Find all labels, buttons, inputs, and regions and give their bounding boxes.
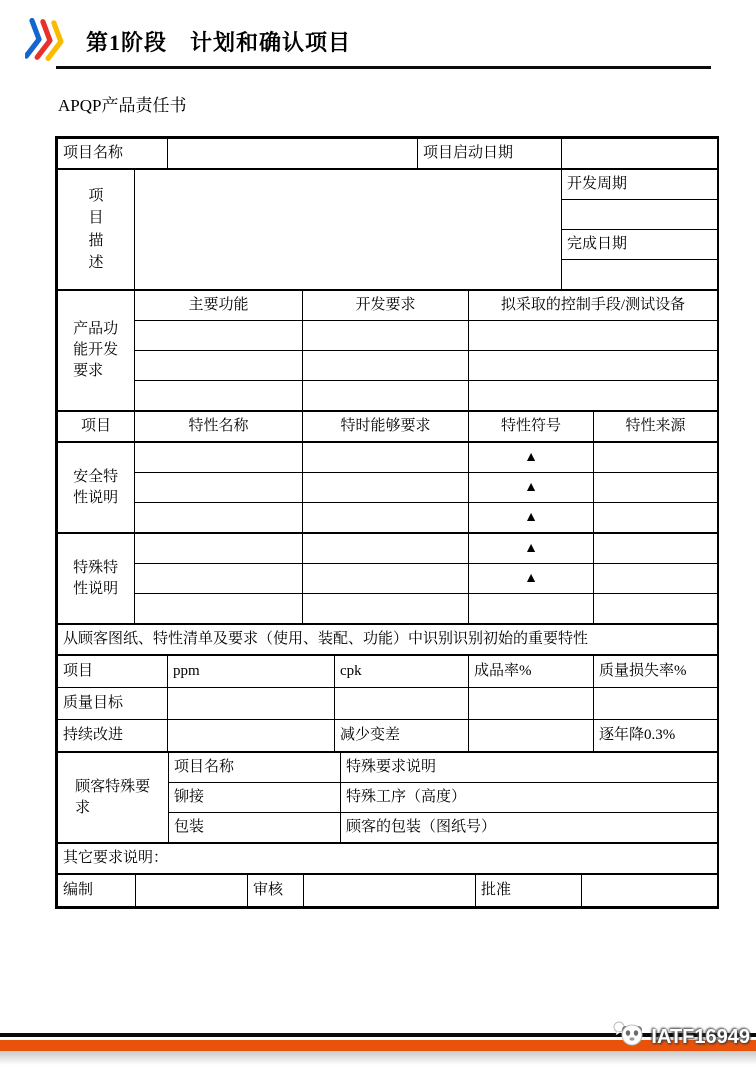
finish-date-value-cell <box>562 260 718 290</box>
quality-loss-header: 质量损失率% <box>594 656 718 688</box>
char-source-cell <box>594 443 718 473</box>
char-symbol-triangle: ▲ <box>469 443 594 473</box>
special-characteristics-section: 特殊特性说明 ▲ ▲ <box>57 533 718 624</box>
char-source-cell <box>594 564 718 594</box>
reviewed-by-value-cell <box>304 875 476 907</box>
dev-requirement-header: 开发要求 <box>303 291 469 321</box>
finish-date-label: 完成日期 <box>562 230 718 260</box>
yield-target-cell <box>469 688 594 720</box>
customer-row-desc: 顾客的包装（图纸号） <box>341 813 718 843</box>
char-requirement-cell <box>303 534 469 564</box>
product-function-label: 产品功能开发要求 <box>58 291 135 411</box>
char-name-cell <box>135 594 303 624</box>
main-function-header: 主要功能 <box>135 291 303 321</box>
project-description-section: 项目描述 开发周期 完成日期 <box>57 169 718 290</box>
quality-target-label: 质量目标 <box>58 688 168 720</box>
char-name-cell <box>135 534 303 564</box>
control-means-cell <box>469 351 718 381</box>
prepared-by-value-cell <box>136 875 248 907</box>
char-symbol-header: 特性符号 <box>469 412 594 442</box>
project-start-date-value-cell <box>562 139 718 169</box>
control-means-header: 拟采取的控制手段/测试设备 <box>469 291 718 321</box>
approved-by-value-cell <box>582 875 718 907</box>
project-name-value-cell <box>168 139 418 169</box>
customer-special-requirements-section: 顾客特殊要求 项目名称 特殊要求说明 铆接 特殊工序（高度） 包装 顾客的包装（… <box>57 752 718 843</box>
customer-row-name: 铆接 <box>169 783 341 813</box>
approval-section: 编制 审核 批准 <box>57 874 718 907</box>
loss-target-cell <box>594 688 718 720</box>
cpk-improve-cell: 减少变差 <box>335 720 469 752</box>
yield-improve-cell <box>469 720 594 752</box>
char-symbol-triangle: ▲ <box>469 503 594 533</box>
project-name-label: 项目名称 <box>58 139 168 169</box>
char-symbol-triangle: ▲ <box>469 564 594 594</box>
customer-row-name: 包装 <box>169 813 341 843</box>
safety-characteristics-section: 安全特性说明 ▲ ▲ ▲ <box>57 442 718 533</box>
cpk-header: cpk <box>335 656 469 688</box>
prepared-by-label: 编制 <box>58 875 136 907</box>
char-source-cell <box>594 534 718 564</box>
main-function-cell <box>135 321 303 351</box>
cpk-target-cell <box>335 688 469 720</box>
project-description-value-cell <box>135 170 562 290</box>
document-subtitle: APQP产品责任书 <box>58 91 186 116</box>
char-requirement-cell <box>303 594 469 624</box>
dev-requirement-cell <box>303 351 469 381</box>
page-title: 第1阶段 计划和确认项目 <box>86 26 351 57</box>
other-requirements-label: 其它要求说明： <box>58 844 718 874</box>
ppm-target-cell <box>168 688 335 720</box>
dev-cycle-label: 开发周期 <box>562 170 718 200</box>
char-symbol-triangle: ▲ <box>469 473 594 503</box>
identification-note-text: 从顾客图纸、特性清单及要求（使用、装配、功能）中识别识别初始的重要特性 <box>58 625 718 655</box>
char-requirement-header: 特时能够要求 <box>303 412 469 442</box>
customer-row-name-header: 项目名称 <box>169 753 341 783</box>
identification-note-section: 从顾客图纸、特性清单及要求（使用、装配、功能）中识别识别初始的重要特性 <box>57 624 718 655</box>
product-function-section: 产品功能开发要求 主要功能 开发要求 拟采取的控制手段/测试设备 <box>57 290 718 411</box>
project-start-date-label: 项目启动日期 <box>418 139 562 169</box>
quality-item-header: 项目 <box>58 656 168 688</box>
customer-row-desc-header: 特殊要求说明 <box>341 753 718 783</box>
ppm-header: ppm <box>168 656 335 688</box>
other-requirements-section: 其它要求说明： <box>57 843 718 874</box>
char-name-cell <box>135 564 303 594</box>
char-name-cell <box>135 443 303 473</box>
characteristics-header-section: 项目 特性名称 特时能够要求 特性符号 特性来源 <box>57 411 718 442</box>
char-symbol-triangle: ▲ <box>469 534 594 564</box>
char-requirement-cell <box>303 564 469 594</box>
char-source-cell <box>594 473 718 503</box>
dev-requirement-cell <box>303 381 469 411</box>
reviewed-by-label: 审核 <box>248 875 304 907</box>
char-name-header: 特性名称 <box>135 412 303 442</box>
char-item-header: 项目 <box>58 412 135 442</box>
special-characteristics-label: 特殊特性说明 <box>58 534 135 624</box>
char-source-header: 特性来源 <box>594 412 718 442</box>
customer-special-label: 顾客特殊要求 <box>58 753 169 843</box>
char-source-cell <box>594 503 718 533</box>
continuous-improvement-label: 持续改进 <box>58 720 168 752</box>
safety-characteristics-label: 安全特性说明 <box>58 443 135 533</box>
triple-chevron-logo-icon <box>25 15 65 70</box>
ppm-improve-cell <box>168 720 335 752</box>
char-requirement-cell <box>303 503 469 533</box>
header-underline <box>56 66 711 69</box>
customer-row-desc: 特殊工序（高度） <box>341 783 718 813</box>
control-means-cell <box>469 321 718 351</box>
dev-cycle-value-cell <box>562 200 718 230</box>
watermark: IATF16949 <box>611 1018 750 1056</box>
char-name-cell <box>135 473 303 503</box>
char-requirement-cell <box>303 473 469 503</box>
control-means-cell <box>469 381 718 411</box>
char-symbol-cell-empty <box>469 594 594 624</box>
loss-improve-cell: 逐年降0.3% <box>594 720 718 752</box>
main-function-cell <box>135 351 303 381</box>
quality-target-section: 项目 ppm cpk 成品率% 质量损失率% 质量目标 持续改进 减少变差 逐年… <box>57 655 718 752</box>
apqp-form-table: 项目名称 项目启动日期 项目描述 开发周期 完成日期 产品功能开发要求 主要功能… <box>55 136 719 909</box>
char-name-cell <box>135 503 303 533</box>
char-requirement-cell <box>303 443 469 473</box>
project-header-section: 项目名称 项目启动日期 <box>57 138 718 169</box>
approved-by-label: 批准 <box>476 875 582 907</box>
char-source-cell <box>594 594 718 624</box>
dev-requirement-cell <box>303 321 469 351</box>
panda-speech-bubble-icon <box>611 1018 647 1056</box>
yield-rate-header: 成品率% <box>469 656 594 688</box>
main-function-cell <box>135 381 303 411</box>
watermark-text: IATF16949 <box>651 1026 750 1049</box>
project-description-label: 项目描述 <box>58 170 135 290</box>
